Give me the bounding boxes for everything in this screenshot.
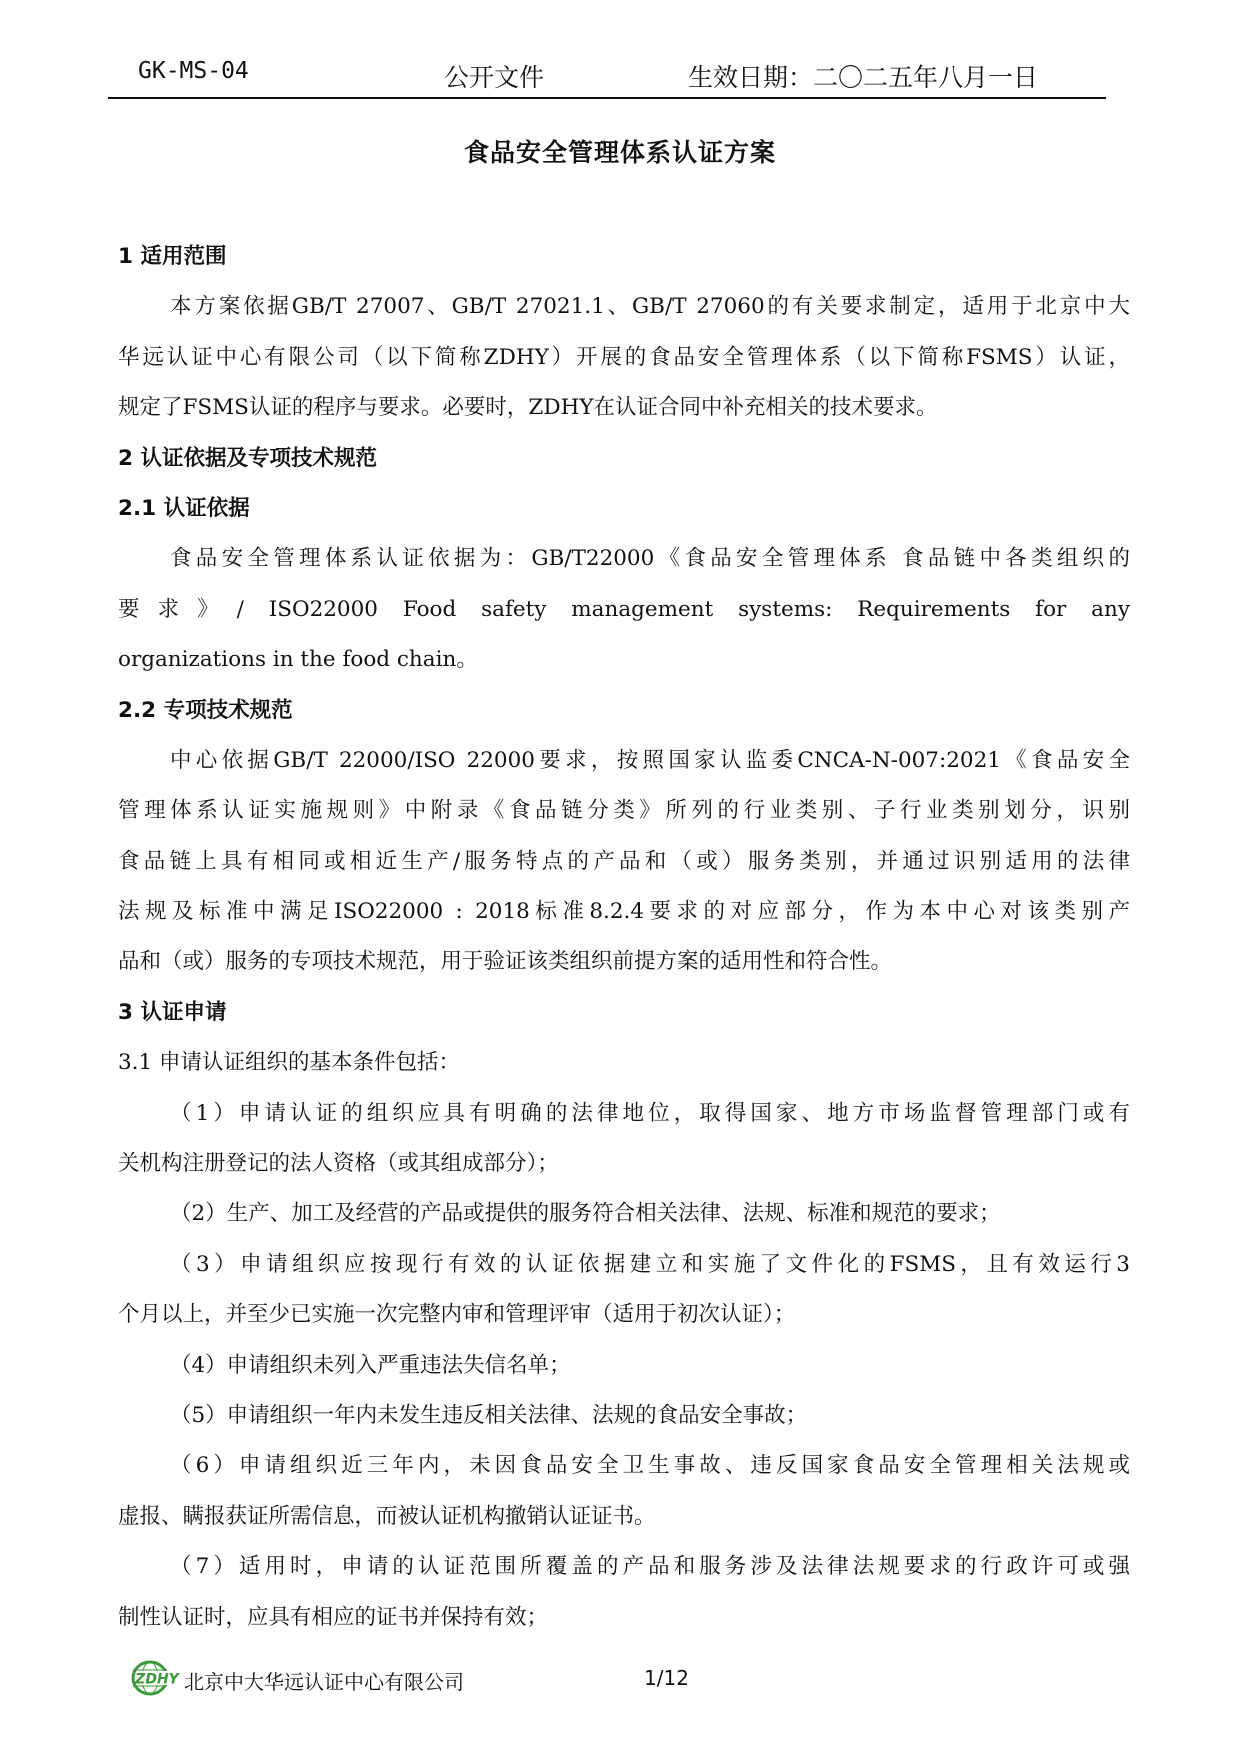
subsection-heading: 2.1 认证依据 [118,484,1130,534]
paragraph-line: 规定了FSMS认证的程序与要求。必要时，ZDHY在认证合同中补充相关的技术要求。 [118,383,1130,433]
list-item-line: （1）申请认证的组织应具有明确的法律地位，取得国家、地方市场监督管理部门或有 [118,1089,1130,1139]
paragraph-line: 本方案依据GB/T 27007、GB/T 27021.1、GB/T 27060的… [118,282,1130,332]
list-item-line: （5）申请组织一年内未发生违反相关法律、法规的食品安全事故； [118,1391,1130,1441]
paragraph-line: 食品安全管理体系认证依据为：GB/T22000《食品安全管理体系 食品链中各类组… [118,534,1130,584]
paragraph-line: 食品链上具有相同或相近生产/服务特点的产品和（或）服务类别，并通过识别适用的法律 [118,837,1130,887]
list-item-line: （2）生产、加工及经营的产品或提供的服务符合相关法律、法规、标准和规范的要求； [118,1189,1130,1239]
company-name: 北京中大华远认证中心有限公司 [184,1666,464,1695]
paragraph-line: 品和（或）服务的专项技术规范，用于验证该类组织前提方案的适用性和符合性。 [118,937,1130,987]
list-item-line: 虚报、瞒报获证所需信息，而被认证机构撤销认证证书。 [118,1492,1130,1542]
page-header: GK-MS-04 公开文件 生效日期：二〇二五年八月一日 [108,52,1106,98]
section-heading: 1 适用范围 [118,232,1130,282]
list-item-line: （4）申请组织未列入严重违法失信名单； [118,1341,1130,1391]
paragraph-line: 华远认证中心有限公司（以下简称ZDHY）开展的食品安全管理体系（以下简称FSMS… [118,333,1130,383]
list-item-line: 个月以上，并至少已实施一次完整内审和管理评审（适用于初次认证）； [118,1290,1130,1340]
list-item-line: 关机构注册登记的法人资格（或其组成部分）； [118,1139,1130,1189]
clause-intro: 3.1 申请认证组织的基本条件包括： [118,1038,1130,1088]
page-number: 1/12 [644,1666,689,1690]
subsection-heading: 2.2 专项技术规范 [118,686,1130,736]
effective-date: 生效日期：二〇二五年八月一日 [688,58,1038,94]
paragraph-line: 中心依据GB/T 22000/ISO 22000要求，按照国家认监委CNCA-N… [118,736,1130,786]
paragraph-line: organizations in the food chain。 [118,635,1130,685]
section-heading: 3 认证申请 [118,988,1130,1038]
classification-label: 公开文件 [444,58,544,94]
zdhy-logo-icon: ZDHY [128,1660,180,1696]
list-item-line: （6）申请组织近三年内，未因食品安全卫生事故、违反国家食品安全管理相关法规或 [118,1441,1130,1491]
paragraph-line: 要求》/ ISO22000 Food safety management sys… [118,585,1130,635]
list-item-line: （3）申请组织应按现行有效的认证依据建立和实施了文件化的FSMS，且有效运行3 [118,1240,1130,1290]
paragraph-line: 法规及标准中满足ISO22000 : 2018标准8.2.4要求的对应部分，作为… [118,887,1130,937]
document-code: GK-MS-04 [138,58,249,84]
page-footer: ZDHY 北京中大华远认证中心有限公司 1/12 [128,1660,828,1696]
svg-text:ZDHY: ZDHY [134,1672,180,1688]
document-title: 食品安全管理体系认证方案 [0,133,1240,169]
header-divider [108,97,1106,99]
list-item-line: （7）适用时，申请的认证范围所覆盖的产品和服务涉及法律法规要求的行政许可或强 [118,1542,1130,1592]
paragraph-line: 管理体系认证实施规则》中附录《食品链分类》所列的行业类别、子行业类别划分，识别 [118,786,1130,836]
document-body: 1 适用范围 本方案依据GB/T 27007、GB/T 27021.1、GB/T… [118,232,1130,1643]
list-item-line: 制性认证时，应具有相应的证书并保持有效； [118,1593,1130,1643]
section-heading: 2 认证依据及专项技术规范 [118,434,1130,484]
